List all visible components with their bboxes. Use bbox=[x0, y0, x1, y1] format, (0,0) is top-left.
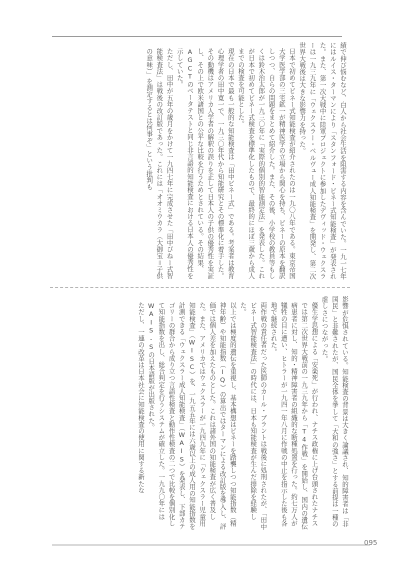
paragraph: 影響が危惧されている。知能検査の背景は大きく論議され、知的障害者は「非国民」と非… bbox=[319, 296, 350, 532]
top-rule bbox=[52, 36, 342, 37]
page-number: 095 bbox=[364, 539, 377, 547]
paragraph: 以上では極度的遺伝を重視し、基本構想はビネーを踏襲しつつ知能指数（精神年齢）や知… bbox=[146, 296, 238, 532]
book-page: 績で伸び悩むなど、白人から社会生活を阻害する内容を含んでいた。一九一七年にはルイ… bbox=[0, 0, 400, 567]
paragraph: ただし、田中が五年の歳月をかけて一九四七年に完成させた「田中びねー式智能検査法」… bbox=[144, 42, 175, 280]
paragraph: 現在の日本で最も一般的な知能検査は「田中ビネー式」である。考案者は教育心理学者の… bbox=[175, 42, 236, 280]
section-divider bbox=[50, 287, 350, 288]
paragraph: 優生学思想による「安楽死」が行われ、ナチス政権に上げ台頭されたナチスでは第二次世… bbox=[268, 296, 319, 532]
bottom-text-block: 影響が危惧されている。知能検査の背景は大きく論議され、知的障害者は「非国民」と非… bbox=[52, 296, 350, 532]
paragraph: 績で伸び悩むなど、白人から社会生活を阻害する内容を含んでいた。一九一七年にはルイ… bbox=[297, 42, 348, 280]
top-text-block: 績で伸び悩むなど、白人から社会生活を阻害する内容を含んでいた。一九一七年にはルイ… bbox=[52, 42, 348, 280]
paragraph: 日本で初めてビネー式知能検査が紹介されたのは一九〇八年である。東京帝国大学医学部… bbox=[236, 42, 297, 280]
footer-rule bbox=[52, 544, 370, 546]
paragraph: ただし、一連の改革は日本社会に知能検査の使用に関する新たな bbox=[136, 296, 146, 532]
paragraph: 両作戦の責任者だった医師のカール・ブラントは戦後に処刑されたが、「田中ビネー式智… bbox=[238, 296, 269, 532]
